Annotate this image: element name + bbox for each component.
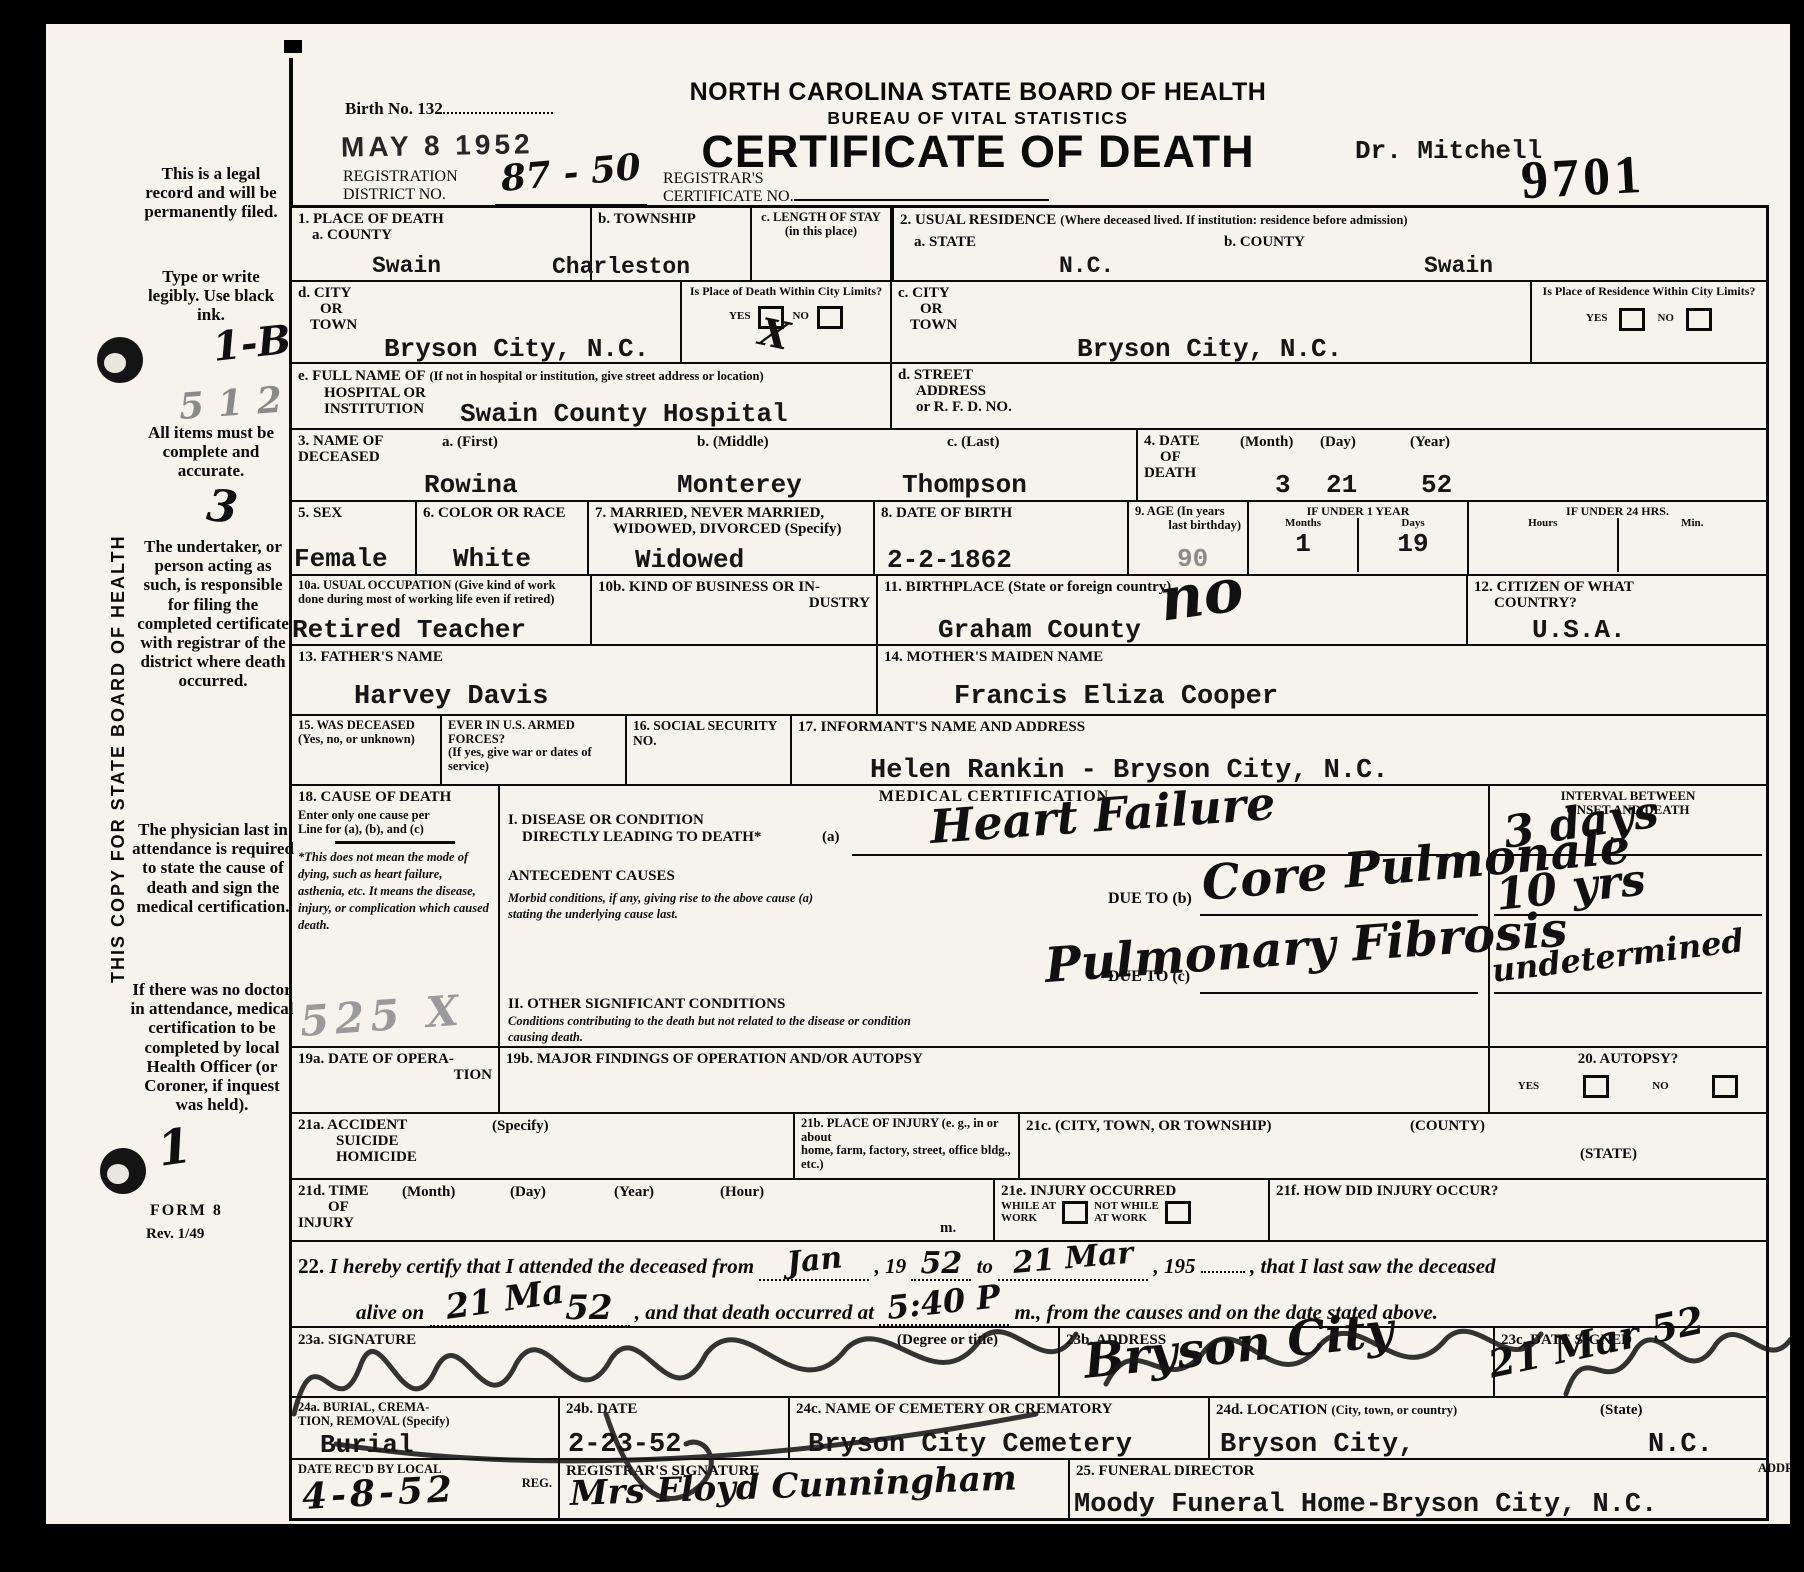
accident-label2: SUICIDE [298, 1133, 787, 1149]
funeral-director-label: 25. FUNERAL DIRECTOR [1076, 1463, 1760, 1479]
margin-note-physician: The physician last in attendance is requ… [132, 820, 294, 916]
cause-divider-rule [335, 841, 455, 844]
residence-state-label: a. STATE [914, 234, 976, 250]
under24-hours-col: Hours [1469, 518, 1617, 572]
street-label2: ADDRESS [898, 383, 1760, 399]
row-signature: 23a. SIGNATURE (Degree or title) 23b. AD… [292, 1328, 1766, 1398]
received-value: 4-8-52 [301, 1468, 457, 1518]
birth-date-value: 2-2-1862 [887, 545, 1012, 575]
field-place-city-limits: Is Place of Death Within City Limits? YE… [682, 282, 892, 362]
place-limits-yes-label: YES [729, 311, 750, 323]
margin-note-legal: This is a legal record and will be perma… [136, 164, 286, 222]
street-label3: or R. F. D. NO. [898, 399, 1760, 415]
usual-residence-title-row: 2. USUAL RESIDENCE (Where deceased lived… [900, 211, 1760, 229]
certify-to-blank: 21 Mar [998, 1249, 1148, 1281]
death-day-value: 21 [1326, 470, 1357, 500]
residence-county-label: b. COUNTY [1224, 234, 1305, 250]
name-middle-label: b. (Middle) [697, 434, 769, 450]
field-if-under-1-year: IF UNDER 1 YEAR Months 1 Days 19 [1249, 502, 1469, 574]
registration-line2: DISTRICT NO. [343, 186, 458, 204]
forces-label2: EVER IN U.S. ARMED FORCES? [448, 719, 619, 746]
field-how-injury-occurred: 21f. HOW DID INJURY OCCUR? [1270, 1180, 1766, 1240]
residence-limits-boxes: YES NO [1538, 308, 1760, 331]
birthplace-value: Graham County [938, 615, 1141, 645]
field-injury-occurred: 21e. INJURY OCCURRED WHILE ATWORK NOT WH… [995, 1180, 1270, 1240]
margin-handwriting-1b: 1-B [211, 316, 294, 371]
cause-c-line [1200, 992, 1478, 994]
row-name-deathdate: 3. NAME OF DECEASED a. (First) Rowina b.… [292, 430, 1766, 502]
field-name-of-deceased: 3. NAME OF DECEASED a. (First) Rowina b.… [292, 430, 1138, 500]
field-cemetery: 24c. NAME OF CEMETERY OR CREMATORY Bryso… [790, 1398, 1210, 1458]
field-date-of-death: 4. DATE OF DEATH (Month) (Day) (Year) 3 … [1138, 430, 1766, 500]
form-number: FORM 8 [150, 1202, 223, 1219]
certificate-grid: 1. PLACE OF DEATH a. COUNTY Swain b. TOW… [289, 205, 1769, 1521]
under1-months-col: Months 1 [1249, 518, 1357, 572]
not-while-line2: AT WORK [1094, 1212, 1147, 1224]
burial-value: Burial [320, 1430, 414, 1460]
field-date-of-birth: 8. DATE OF BIRTH 2-2-1862 [875, 502, 1129, 574]
birthplace-handwritten-note: no [1155, 555, 1248, 636]
death-year-label: (Year) [1410, 434, 1450, 450]
cause-a-tag: (a) [822, 829, 840, 845]
field-burial-date: 24b. DATE 2-23-52 [560, 1398, 790, 1458]
row-occupation-birthplace: 10a. USUAL OCCUPATION (Give kind of work… [292, 576, 1766, 646]
under1-label: IF UNDER 1 YEAR [1249, 502, 1467, 518]
field-date-signed: 23c. DATE SIGNED 21 Mar 52 [1495, 1328, 1766, 1396]
row-hospital-street: e. FULL NAME OF (If not in hospital or i… [292, 364, 1766, 430]
registration-line1: REGISTRATION [343, 168, 458, 186]
days-value: 19 [1359, 529, 1467, 559]
accident-specify: (Specify) [492, 1118, 549, 1134]
field-informant: 17. INFORMANT'S NAME AND ADDRESS Helen R… [792, 716, 1766, 784]
cemetery-value: Bryson City Cemetery [808, 1430, 1132, 1460]
certify-time-blank: 5:40 P [879, 1292, 1009, 1326]
days-label: Days [1359, 518, 1467, 530]
field-interval: INTERVAL BETWEEN ONSET AND DEATH 3 days … [1490, 786, 1766, 1046]
injury-month-label: (Month) [402, 1184, 455, 1200]
injury-time-label2: OF [298, 1199, 987, 1215]
field-time-of-injury: 21d. TIME OF INJURY (Month) (Day) (Year)… [292, 1180, 995, 1240]
certify-text5: , that I last saw the deceased [1250, 1254, 1496, 1278]
morbid-note: Morbid conditions, if any, giving rise t… [508, 890, 838, 923]
margin-note-complete: All items must be complete and accurate. [136, 423, 286, 481]
row-parents: 13. FATHER'S NAME Harvey Davis 14. MOTHE… [292, 646, 1766, 716]
field-place-city: d. CITY OR TOWN Bryson City, N.C. [292, 282, 682, 362]
field-hospital-name: e. FULL NAME OF (If not in hospital or i… [292, 364, 892, 428]
registrar-line2: CERTIFICATE NO. [663, 188, 794, 205]
field-race: 6. COLOR OR RACE White [417, 502, 589, 574]
location-city-value: Bryson City, [1220, 1430, 1414, 1460]
row-sex-race-birth: 5. SEX Female 6. COLOR OR RACE White 7. … [292, 502, 1766, 576]
autopsy-label: 20. AUTOPSY? [1496, 1051, 1760, 1067]
row-place-residence-top: 1. PLACE OF DEATH a. COUNTY Swain b. TOW… [292, 208, 1766, 282]
autopsy-no-box [1712, 1075, 1738, 1098]
race-label: 6. COLOR OR RACE [423, 505, 581, 521]
field-usual-residence: 2. USUAL RESIDENCE (Where deceased lived… [892, 208, 1766, 280]
business-label2: DUSTRY [598, 595, 870, 611]
business-label1: 10b. KIND OF BUSINESS OR IN- [598, 579, 870, 595]
field-signature: 23a. SIGNATURE (Degree or title) [292, 1328, 1060, 1396]
margin-vertical-text: THIS COPY FOR STATE BOARD OF HEALTH [108, 524, 129, 994]
while-at-work-line2: WORK [1001, 1212, 1037, 1224]
residence-city-label2: OR [898, 301, 1524, 317]
place-city-label3: TOWN [298, 317, 674, 333]
injury-place-label2: home, farm, factory, street, office bldg… [801, 1144, 1012, 1171]
margin-note-undertaker: The undertaker, or person acting as such… [134, 537, 292, 691]
residence-limits-no-box [1686, 308, 1712, 331]
county-value: Swain [372, 253, 441, 279]
while-at-work-label: WHILE ATWORK [1001, 1201, 1056, 1224]
residence-city-label3: TOWN [898, 317, 1524, 333]
field-armed-forces-left: 15. WAS DECEASED (Yes, no, or unknown) [292, 716, 442, 784]
under24-columns: Hours Min. [1469, 518, 1766, 572]
doctor-annotation: Dr. Mitchell [1355, 136, 1542, 166]
certify-line1: 22. I hereby certify that I attended the… [298, 1249, 1760, 1281]
place-city-label1: d. CITY [298, 285, 674, 301]
residence-city-value: Bryson City, N.C. [1077, 334, 1342, 364]
registrar-line1: REGISTRAR'S [663, 170, 1049, 188]
certify-text3: to [977, 1254, 993, 1278]
street-label1: d. STREET [898, 367, 1760, 383]
citizen-label2: COUNTRY? [1474, 595, 1760, 611]
field-signature-address: 23b. ADDRESS Bryson City [1060, 1328, 1495, 1396]
cemetery-label: 24c. NAME OF CEMETERY OR CREMATORY [796, 1401, 1202, 1417]
margin-handwriting-1: 1 [154, 1118, 195, 1178]
row-certification-statement: 22. I hereby certify that I attended the… [292, 1242, 1766, 1328]
other-conditions-note: Conditions contributing to the death but… [508, 1014, 938, 1045]
certify-number: 22. [298, 1254, 324, 1278]
degree-label: (Degree or title) [897, 1332, 998, 1348]
hospital-label1: e. FULL NAME OF [298, 368, 426, 384]
row-accident: 21a. ACCIDENT SUICIDE HOMICIDE (Specify)… [292, 1114, 1766, 1180]
county-label: a. COUNTY [298, 227, 584, 243]
residence-city-label1: c. CITY [898, 285, 1524, 301]
injury-city-label: 21c. (CITY, TOWN, OR TOWNSHIP) [1026, 1118, 1271, 1134]
interval-c-line [1494, 992, 1762, 994]
field-father-name: 13. FATHER'S NAME Harvey Davis [292, 646, 878, 714]
certify-text8: , and that death occurred at [635, 1300, 874, 1324]
mother-value: Francis Eliza Cooper [954, 682, 1278, 712]
field-residence-city: c. CITY OR TOWN Bryson City, N.C. [892, 282, 1532, 362]
field-citizen: 12. CITIZEN OF WHAT COUNTRY? U.S.A. [1468, 576, 1766, 644]
birth-no-text: Birth No. 132 [345, 99, 443, 118]
margin-handwriting-3: 3 [204, 480, 240, 534]
field-street-address: d. STREET ADDRESS or R. F. D. NO. [892, 364, 1766, 428]
location-state-note: (State) [1600, 1402, 1642, 1418]
scan-artifact-blob [284, 40, 302, 53]
burial-date-value: 2-23-52 [568, 1430, 681, 1460]
name-title2: DECEASED [298, 449, 1130, 465]
certify-toyr-blank [1201, 1271, 1245, 1273]
cause-b-label: DUE TO (b) [1108, 890, 1192, 907]
race-value: White [453, 544, 531, 574]
field-burial-type: 24a. BURIAL, CREMA- TION, REMOVAL (Speci… [292, 1398, 560, 1458]
antecedent-label: ANTECEDENT CAUSES [508, 868, 675, 884]
certify-from-blank: Jan [759, 1249, 869, 1281]
min-label: Min. [1619, 518, 1767, 530]
cause-star-note: *This does not mean the mode of dying, s… [298, 849, 492, 933]
death-month-label: (Month) [1240, 434, 1293, 450]
hours-label: Hours [1469, 518, 1617, 530]
residence-limits-question: Is Place of Residence Within City Limits… [1538, 285, 1760, 298]
place-limits-no-box [817, 306, 843, 329]
usual-residence-note: (Where deceased lived. If institution: r… [1060, 213, 1407, 227]
row-city-limits: d. CITY OR TOWN Bryson City, N.C. Is Pla… [292, 282, 1766, 364]
disease-label1: I. DISEASE OR CONDITION [508, 812, 704, 828]
funeral-director-address-label: ADDRESS [1758, 1462, 1790, 1476]
forces-note2: (If yes, give war or dates of service) [448, 746, 619, 773]
location-note: (City, town, or country) [1331, 1403, 1457, 1417]
place-limits-no-label: NO [792, 311, 809, 323]
field-township: b. TOWNSHIP Charleston [592, 208, 752, 280]
not-while-at-work-label: NOT WHILEAT WORK [1094, 1201, 1159, 1224]
injury-county-label: (COUNTY) [1410, 1118, 1485, 1134]
registration-district-label: REGISTRATION DISTRICT NO. [343, 168, 458, 204]
occupation-label2: done during most of working life even if… [298, 593, 584, 607]
certify-alive-hw: 21 Ma [444, 1275, 566, 1325]
marital-value: Widowed [635, 545, 744, 575]
accident-label3: HOMICIDE [298, 1149, 787, 1165]
injury-day-label: (Day) [510, 1184, 546, 1200]
field-date-of-operation: 19a. DATE OF OPERA- TION [292, 1048, 500, 1112]
findings-label: 19b. MAJOR FINDINGS OF OPERATION AND/OR … [506, 1051, 1482, 1067]
certify-to-hw: 21 Mar [1012, 1239, 1135, 1279]
autopsy-no-label: NO [1652, 1081, 1669, 1093]
field-mother-name: 14. MOTHER'S MAIDEN NAME Francis Eliza C… [878, 646, 1766, 714]
certify-text2: , 19 [875, 1254, 907, 1278]
under24-min-col: Min. [1617, 518, 1767, 572]
punch-hole-top [97, 337, 143, 383]
informant-value: Helen Rankin - Bryson City, N.C. [870, 756, 1388, 786]
occupation-value: Retired Teacher [292, 615, 526, 645]
injury-m-label: m. [940, 1220, 956, 1236]
under1-columns: Months 1 Days 19 [1249, 518, 1467, 572]
field-injury-city: 21c. (CITY, TOWN, OR TOWNSHIP) (COUNTY) … [1020, 1114, 1766, 1178]
margin-note-type: Type or write legibly. Use black ink. [136, 267, 286, 325]
father-label: 13. FATHER'S NAME [298, 649, 870, 665]
citizen-label1: 12. CITIZEN OF WHAT [1474, 579, 1760, 595]
cause-title: 18. CAUSE OF DEATH [298, 789, 492, 805]
field-medical-certification: MEDICAL CERTIFICATION I. DISEASE OR COND… [500, 786, 1490, 1046]
age-label1: 9. AGE (In years [1135, 505, 1241, 519]
ssn-label: 16. SOCIAL SECURITY NO. [633, 719, 784, 748]
length-of-stay-label: c. LENGTH OF STAY (in this place) [758, 211, 884, 238]
field-residence-city-limits: Is Place of Residence Within City Limits… [1532, 282, 1766, 362]
field-length-of-stay: c. LENGTH OF STAY (in this place) [752, 208, 892, 280]
name-first-value: Rowina [424, 470, 518, 500]
name-first-label: a. (First) [442, 434, 498, 450]
burial-date-label: 24b. DATE [566, 1401, 782, 1417]
death-year-value: 52 [1421, 470, 1452, 500]
name-last-label: c. (Last) [947, 434, 1000, 450]
autopsy-yes-box [1583, 1075, 1609, 1098]
scanned-death-certificate: { "stamps": { "birth_no_label": "Birth N… [0, 0, 1804, 1572]
place-city-label2: OR [298, 301, 674, 317]
disease-label2: DIRECTLY LEADING TO DEATH* [522, 829, 761, 845]
interval-c-value: undetermined [1490, 921, 1746, 990]
citizen-value: U.S.A. [1532, 615, 1626, 645]
punch-hole-bottom [100, 1148, 146, 1194]
row-forces-ssn-informant: 15. WAS DECEASED (Yes, no, or unknown) E… [292, 716, 1766, 786]
place-city-value: Bryson City, N.C. [384, 334, 649, 364]
name-middle-value: Monterey [677, 470, 802, 500]
margin-note-no-doctor: If there was no doctor in attendance, me… [130, 980, 294, 1114]
field-usual-occupation: 10a. USUAL OCCUPATION (Give kind of work… [292, 576, 592, 644]
hospital-value: Swain County Hospital [460, 399, 788, 429]
certificate-number-stamp: 9701 [1519, 143, 1646, 211]
signature-label: 23a. SIGNATURE [298, 1332, 416, 1348]
certify-text4: , 195 [1153, 1254, 1195, 1278]
row-burial: 24a. BURIAL, CREMA- TION, REMOVAL (Speci… [292, 1398, 1766, 1460]
hospital-label-line1: e. FULL NAME OF (If not in hospital or i… [298, 367, 884, 385]
certify-line2: alive on 21 Ma52 , and that death occurr… [298, 1291, 1760, 1327]
death-day-label: (Day) [1320, 434, 1356, 450]
autopsy-yes-label: YES [1518, 1081, 1539, 1093]
certify-time-hw: 5:40 P [886, 1280, 1003, 1324]
field-accident-suicide: 21a. ACCIDENT SUICIDE HOMICIDE (Specify) [292, 1114, 795, 1178]
occupation-label1: 10a. USUAL OCCUPATION (Give kind of work [298, 579, 584, 593]
hospital-note: (If not in hospital or institution, give… [430, 369, 764, 383]
township-value: Charleston [552, 254, 690, 280]
forces-note1: (Yes, no, or unknown) [298, 733, 434, 747]
row-registrar: DATE REC'D BY LOCAL REG. 4-8-52 REGISTRA… [292, 1460, 1766, 1518]
death-date-title2: OF [1144, 449, 1760, 465]
mother-label: 14. MOTHER'S MAIDEN NAME [884, 649, 1760, 665]
operation-date-label2: TION [298, 1067, 492, 1083]
field-marital-status: 7. MARRIED, NEVER MARRIED, WIDOWED, DIVO… [589, 502, 875, 574]
while-at-work-line1: WHILE AT [1001, 1200, 1056, 1212]
cause-enter-note1: Enter only one cause per [298, 809, 492, 823]
months-value: 1 [1249, 529, 1357, 559]
cause-handwritten-code: 525 X [298, 986, 466, 1046]
burial-label1: 24a. BURIAL, CREMA- [298, 1401, 552, 1415]
usual-residence-title: 2. USUAL RESIDENCE [900, 212, 1056, 228]
injury-occurred-boxes: WHILE ATWORK NOT WHILEAT WORK [1001, 1201, 1262, 1224]
field-autopsy: 20. AUTOPSY? YES NO [1490, 1048, 1766, 1112]
funeral-director-value: Moody Funeral Home-Bryson City, N.C. [1074, 1490, 1657, 1520]
interval-b-line [1494, 914, 1762, 916]
burial-label2: TION, REMOVAL (Specify) [298, 1415, 552, 1429]
injury-hour-label: (Hour) [720, 1184, 764, 1200]
certify-alive-blank: 21 Ma52 [430, 1291, 630, 1327]
autopsy-boxes: YES NO [1496, 1075, 1760, 1098]
field-funeral-director: 25. FUNERAL DIRECTOR ADDRESS Moody Funer… [1070, 1460, 1766, 1518]
field-place-of-death-county: 1. PLACE OF DEATH a. COUNTY Swain [292, 208, 592, 280]
form-revision: Rev. 1/49 [146, 1226, 204, 1242]
interval-b-value: 10 yrs [1493, 854, 1648, 920]
not-while-at-work-box [1165, 1201, 1191, 1224]
sex-value: Female [294, 544, 388, 574]
how-injury-label: 21f. HOW DID INJURY OCCUR? [1276, 1183, 1760, 1199]
registrar-line2-wrap: CERTIFICATE NO. [663, 188, 1049, 206]
row-cause-of-death: 18. CAUSE OF DEATH Enter only one cause … [292, 786, 1766, 1048]
field-birthplace: 11. BIRTHPLACE (State or foreign country… [878, 576, 1468, 644]
field-armed-forces-right: EVER IN U.S. ARMED FORCES? (If yes, give… [442, 716, 627, 784]
months-label: Months [1249, 518, 1357, 530]
while-at-work-box [1062, 1201, 1088, 1224]
field-cause-notes: 18. CAUSE OF DEATH Enter only one cause … [292, 786, 500, 1046]
not-while-line1: NOT WHILE [1094, 1200, 1159, 1212]
birth-no-label: Birth No. 132 [345, 100, 553, 118]
field-place-of-injury: 21b. PLACE OF INJURY (e. g., in or about… [795, 1114, 1020, 1178]
other-conditions-label: II. OTHER SIGNIFICANT CONDITIONS [508, 996, 785, 1012]
field-sex: 5. SEX Female [292, 502, 417, 574]
cause-enter-note2: Line for (a), (b), and (c) [298, 823, 492, 837]
death-date-title1: 4. DATE [1144, 433, 1760, 449]
field-business-industry: 10b. KIND OF BUSINESS OR IN- DUSTRY [592, 576, 878, 644]
injury-year-label: (Year) [614, 1184, 654, 1200]
marital-label2: WIDOWED, DIVORCED (Specify) [595, 521, 867, 537]
place-limits-question: Is Place of Death Within City Limits? [688, 285, 884, 298]
location-label: 24d. LOCATION [1216, 1402, 1327, 1418]
place-of-death-title: 1. PLACE OF DEATH [298, 211, 584, 227]
row-time-of-injury: 21d. TIME OF INJURY (Month) (Day) (Year)… [292, 1180, 1766, 1242]
residence-county-value: Swain [1424, 253, 1493, 279]
forces-label1: 15. WAS DECEASED [298, 719, 434, 733]
registrar-certificate-label: REGISTRAR'S CERTIFICATE NO. [663, 170, 1049, 206]
birth-date-label: 8. DATE OF BIRTH [881, 505, 1121, 521]
informant-label: 17. INFORMANT'S NAME AND ADDRESS [798, 719, 1760, 735]
field-ssn: 16. SOCIAL SECURITY NO. [627, 716, 792, 784]
certify-text6: alive on [356, 1300, 424, 1324]
injury-state-label: (STATE) [1580, 1146, 1637, 1162]
residence-state-value: N.C. [1059, 253, 1114, 279]
age-label2: last birthday) [1135, 519, 1241, 533]
field-registrar-signature: REGISTRAR'S SIGNATURE Mrs Floyd Cunningh… [560, 1460, 1070, 1518]
board-title: NORTH CAROLINA STATE BOARD OF HEALTH [623, 78, 1333, 107]
certificate-header: Birth No. 132 MAY 8 1952 REGISTRATION DI… [293, 58, 1769, 205]
under1-days-col: Days 19 [1357, 518, 1467, 572]
field-burial-location: 24d. LOCATION (City, town, or country) (… [1210, 1398, 1766, 1458]
injury-place-label1: 21b. PLACE OF INJURY (e. g., in or about [801, 1117, 1012, 1144]
residence-limits-no-label: NO [1657, 313, 1674, 325]
death-month-value: 3 [1275, 470, 1291, 500]
certificate-sheet: THIS COPY FOR STATE BOARD OF HEALTH This… [46, 24, 1790, 1524]
sex-label: 5. SEX [298, 505, 409, 521]
certify-aliveyr-hw: 52 [565, 1291, 612, 1325]
location-state-value: N.C. [1648, 1430, 1713, 1460]
under24-label: IF UNDER 24 HRS. [1469, 502, 1766, 518]
field-if-under-24-hrs: IF UNDER 24 HRS. Hours Min. [1469, 502, 1766, 574]
residence-limits-yes-label: YES [1586, 313, 1607, 325]
field-date-received: DATE REC'D BY LOCAL REG. 4-8-52 [292, 1460, 560, 1518]
father-value: Harvey Davis [354, 682, 548, 712]
field-certification-statement: 22. I hereby certify that I attended the… [292, 1242, 1766, 1326]
certify-from-hw: Jan [785, 1243, 843, 1279]
name-last-value: Thompson [902, 470, 1027, 500]
injury-occurred-label: 21e. INJURY OCCURRED [1001, 1183, 1262, 1199]
row-operation-autopsy: 19a. DATE OF OPERA- TION 19b. MAJOR FIND… [292, 1048, 1766, 1114]
marital-label1: 7. MARRIED, NEVER MARRIED, [595, 505, 867, 521]
operation-date-label1: 19a. DATE OF OPERA- [298, 1051, 492, 1067]
township-label: b. TOWNSHIP [598, 211, 744, 227]
field-major-findings: 19b. MAJOR FINDINGS OF OPERATION AND/OR … [500, 1048, 1490, 1112]
injury-time-label3: INJURY [298, 1215, 987, 1231]
residence-limits-yes-box [1619, 308, 1645, 331]
margin-handwriting-512: 512 [178, 378, 298, 428]
certify-fromyr-hw: 52 [920, 1249, 962, 1279]
certify-fromyr-blank: 52 [911, 1249, 971, 1281]
